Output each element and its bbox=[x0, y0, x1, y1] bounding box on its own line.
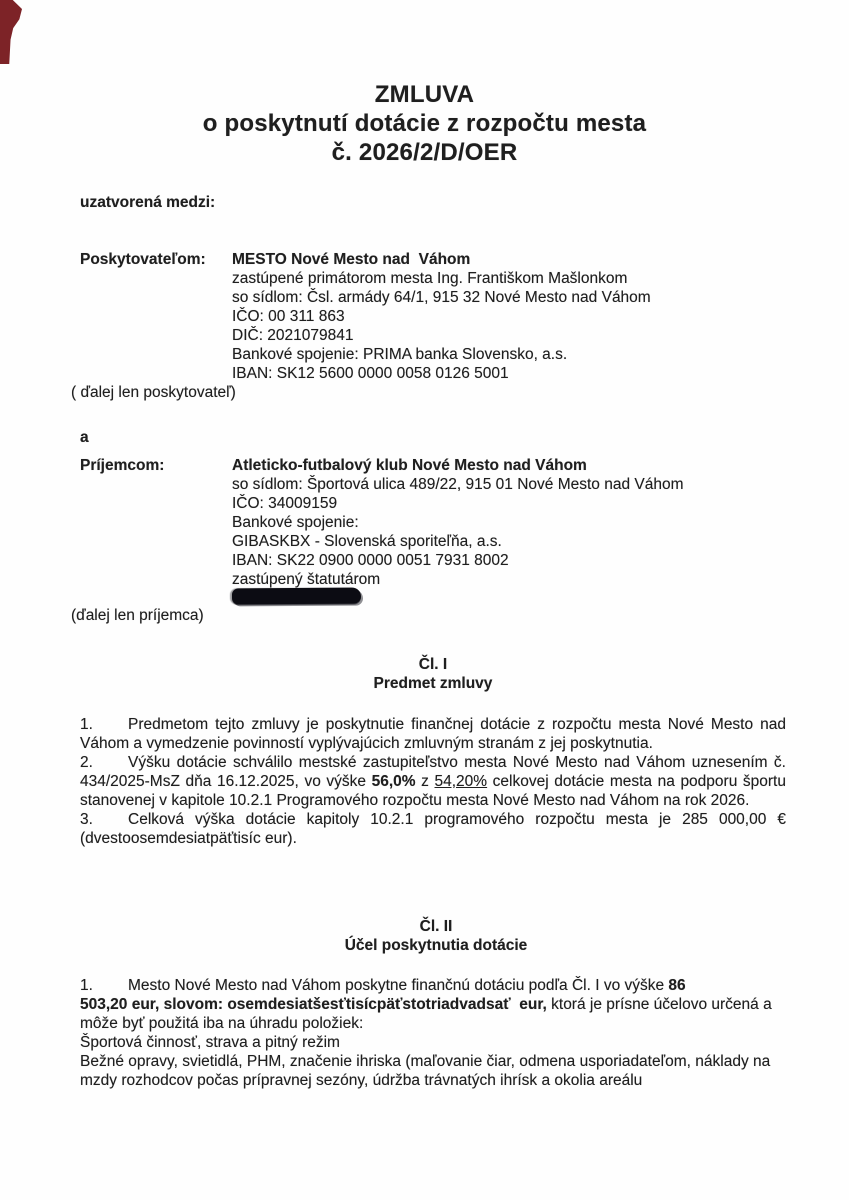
article-2: Čl. II Účel poskytnutia dotácie 1.Mesto … bbox=[80, 917, 792, 1090]
purpose-line-2: Bežné opravy, svietidlá, PHM, značenie i… bbox=[80, 1052, 792, 1090]
document-title: ZMLUVA o poskytnutí dotácie z rozpočtu m… bbox=[0, 80, 849, 167]
recipient-statutory-note: zastúpený štatutárom bbox=[232, 570, 786, 589]
percentage-underlined: 54,20% bbox=[435, 773, 488, 790]
provider-bank: Bankové spojenie: PRIMA banka Slovensko,… bbox=[232, 345, 786, 364]
paragraph-number: 3. bbox=[80, 810, 128, 829]
purpose-line-1: Športová činnosť, strava a pitný režim bbox=[80, 1033, 792, 1052]
provider-dic: DIČ: 2021079841 bbox=[232, 326, 786, 345]
paragraph-text: Predmetom tejto zmluvy je poskytnutie fi… bbox=[80, 716, 786, 752]
title-line-1: ZMLUVA bbox=[0, 80, 849, 109]
recipient-details: Atleticko-futbalový klub Nové Mesto nad … bbox=[232, 456, 786, 589]
article-1-paragraph-3: 3.Celková výška dotácie kapitoly 10.2.1 … bbox=[80, 810, 786, 848]
provider-representative: zastúpené primátorom mesta Ing. Františk… bbox=[232, 269, 786, 288]
article-1: Čl. I Predmet zmluvy 1.Predmetom tejto z… bbox=[80, 655, 786, 848]
recipient-address: so sídlom: Športová ulica 489/22, 915 01… bbox=[232, 475, 786, 494]
article-2-paragraph-1: 1.Mesto Nové Mesto nad Váhom poskytne fi… bbox=[80, 976, 792, 1033]
paragraph-text: Mesto Nové Mesto nad Váhom poskytne fina… bbox=[128, 977, 668, 994]
provider-ico: IČO: 00 311 863 bbox=[232, 307, 786, 326]
amount-bold-part2: 503,20 eur, slovom: osemdesiatšesťtisícp… bbox=[80, 996, 547, 1013]
article-1-body: 1.Predmetom tejto zmluvy je poskytnutie … bbox=[80, 715, 786, 848]
contract-document-page: ZMLUVA o poskytnutí dotácie z rozpočtu m… bbox=[0, 0, 849, 1200]
recipient-alias-note: (ďalej len príjemca) bbox=[71, 607, 204, 625]
recipient-name: Atleticko-futbalový klub Nové Mesto nad … bbox=[232, 456, 786, 475]
provider-block: Poskytovateľom: MESTO Nové Mesto nad Váh… bbox=[80, 250, 786, 383]
recipient-bank-label: Bankové spojenie: bbox=[232, 513, 786, 532]
recipient-iban: IBAN: SK22 0900 0000 0051 7931 8002 bbox=[232, 551, 786, 570]
percentage-bold: 56,0% bbox=[372, 773, 416, 790]
title-line-2: o poskytnutí dotácie z rozpočtu mesta bbox=[0, 109, 849, 138]
provider-details: MESTO Nové Mesto nad Váhom zastúpené pri… bbox=[232, 250, 786, 383]
provider-label: Poskytovateľom: bbox=[80, 250, 232, 383]
article-1-subheading: Predmet zmluvy bbox=[80, 674, 786, 693]
article-2-body: 1.Mesto Nové Mesto nad Váhom poskytne fi… bbox=[80, 976, 792, 1090]
paragraph-number: 2. bbox=[80, 753, 128, 772]
paragraph-text: z bbox=[416, 773, 435, 790]
article-2-subheading: Účel poskytnutia dotácie bbox=[80, 936, 792, 955]
paragraph-number: 1. bbox=[80, 976, 128, 995]
amount-bold-part1: 86 bbox=[668, 977, 685, 994]
intro-line: uzatvorená medzi: bbox=[80, 194, 215, 212]
article-2-heading: Čl. II bbox=[80, 917, 792, 936]
redacted-signatory-name bbox=[232, 588, 361, 605]
corner-stamp-mark bbox=[0, 0, 22, 64]
provider-address: so sídlom: Čsl. armády 64/1, 915 32 Nové… bbox=[232, 288, 786, 307]
recipient-block: Príjemcom: Atleticko-futbalový klub Nové… bbox=[80, 456, 786, 589]
conjunction-a: a bbox=[80, 429, 89, 447]
provider-name: MESTO Nové Mesto nad Váhom bbox=[232, 250, 786, 269]
article-1-heading: Čl. I bbox=[80, 655, 786, 674]
recipient-ico: IČO: 34009159 bbox=[232, 494, 786, 513]
paragraph-text: Celková výška dotácie kapitoly 10.2.1 pr… bbox=[80, 811, 786, 847]
article-1-paragraph-2: 2.Výšku dotácie schválilo mestské zastup… bbox=[80, 753, 786, 810]
article-1-paragraph-1: 1.Predmetom tejto zmluvy je poskytnutie … bbox=[80, 715, 786, 753]
recipient-bank-name: GIBASKBX - Slovenská sporiteľňa, a.s. bbox=[232, 532, 786, 551]
title-line-3: č. 2026/2/D/OER bbox=[0, 138, 849, 167]
paragraph-number: 1. bbox=[80, 715, 128, 734]
recipient-label: Príjemcom: bbox=[80, 456, 232, 589]
provider-iban: IBAN: SK12 5600 0000 0058 0126 5001 bbox=[232, 364, 786, 383]
provider-alias-note: ( ďalej len poskytovateľ) bbox=[71, 384, 236, 402]
